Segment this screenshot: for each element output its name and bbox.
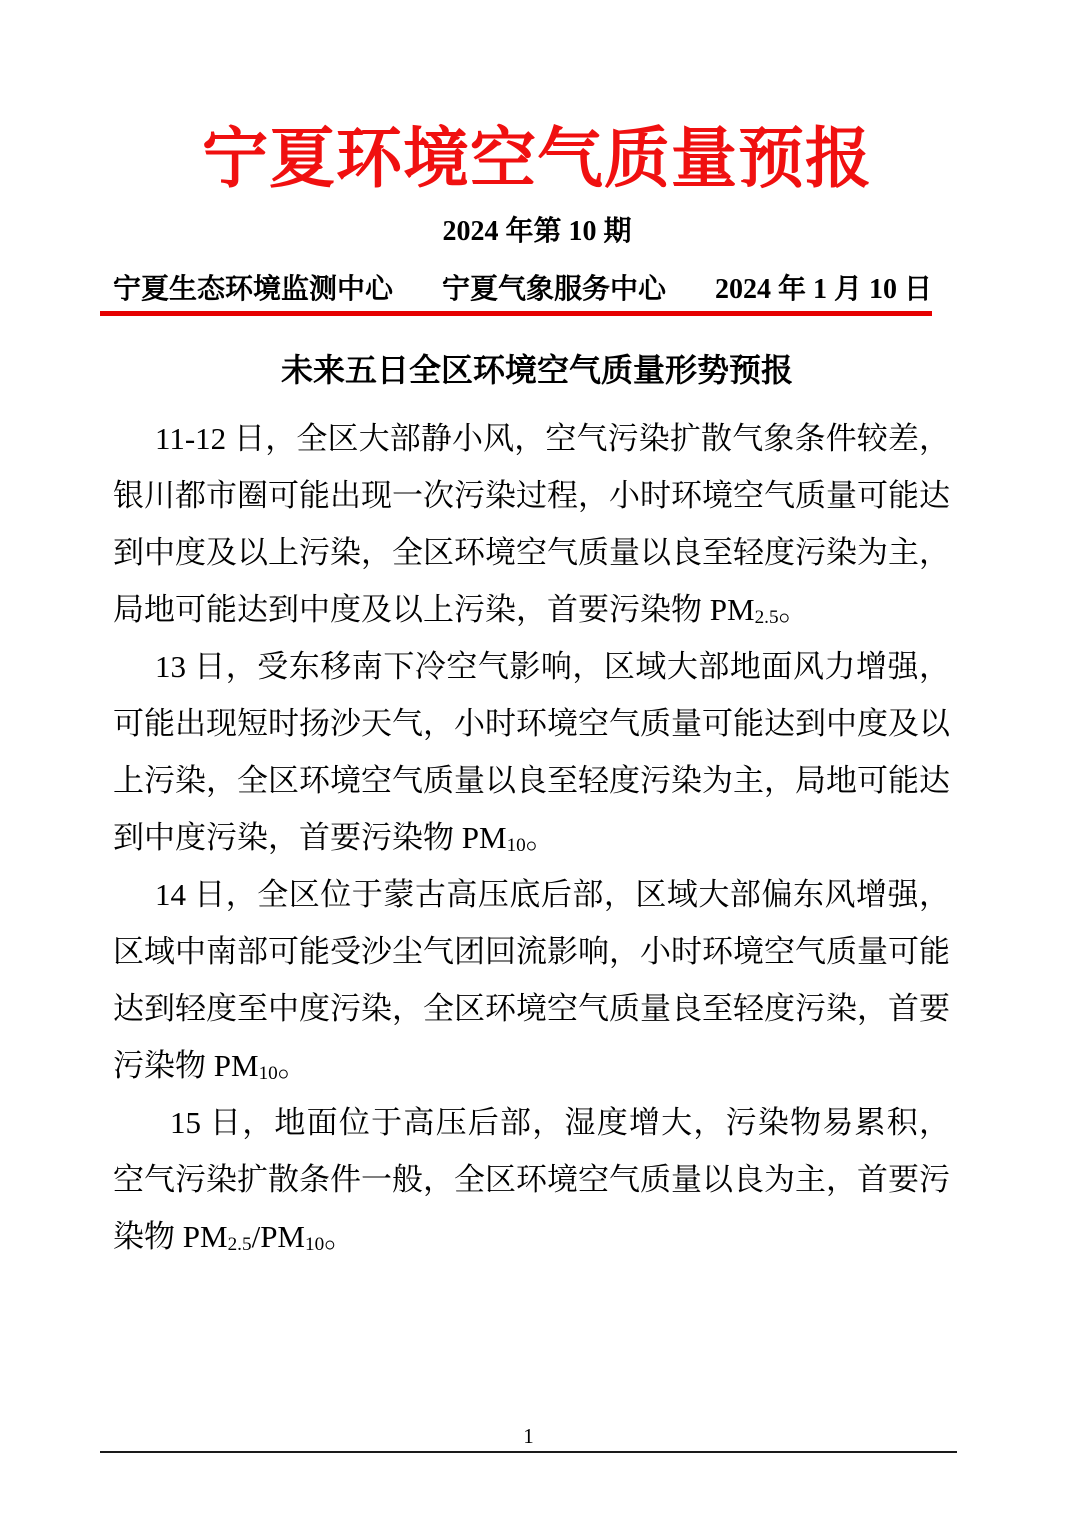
header-divider-rule bbox=[100, 311, 932, 316]
paragraph-day-13: 13 日，受东移南下冷空气影响，区域大部地面风力增强，可能出现短时扬沙天气，小时… bbox=[113, 638, 950, 866]
paragraph-day-15: 15 日，地面位于高压后部，湿度增大，污染物易累积，空气污染扩散条件一般，全区环… bbox=[113, 1094, 950, 1265]
document-title: 宁夏环境空气质量预报 bbox=[0, 0, 1074, 200]
page-number: 1 bbox=[100, 1422, 957, 1450]
footer-divider-line bbox=[100, 1451, 957, 1453]
org-meteorological-center: 宁夏气象服务中心 bbox=[442, 274, 666, 306]
issuing-orgs-row: 宁夏生态环境监测中心 宁夏气象服务中心 2024 年 1 月 10 日 bbox=[113, 274, 932, 306]
paragraph-day-11-12: 11-12 日，全区大部静小风，空气污染扩散气象条件较差，银川都市圈可能出现一次… bbox=[113, 410, 950, 638]
forecast-body: 11-12 日，全区大部静小风，空气污染扩散气象条件较差，银川都市圈可能出现一次… bbox=[113, 410, 950, 1265]
issue-date: 2024 年 1 月 10 日 bbox=[715, 274, 932, 306]
document-page: 宁夏环境空气质量预报 2024 年第 10 期 宁夏生态环境监测中心 宁夏气象服… bbox=[0, 0, 1074, 1520]
section-title: 未来五日全区环境空气质量形势预报 bbox=[0, 352, 1074, 388]
issue-number: 2024 年第 10 期 bbox=[0, 216, 1074, 248]
org-monitoring-center: 宁夏生态环境监测中心 bbox=[113, 274, 393, 306]
paragraph-day-14: 14 日，全区位于蒙古高压底后部，区域大部偏东风增强，区域中南部可能受沙尘气团回… bbox=[113, 866, 950, 1094]
